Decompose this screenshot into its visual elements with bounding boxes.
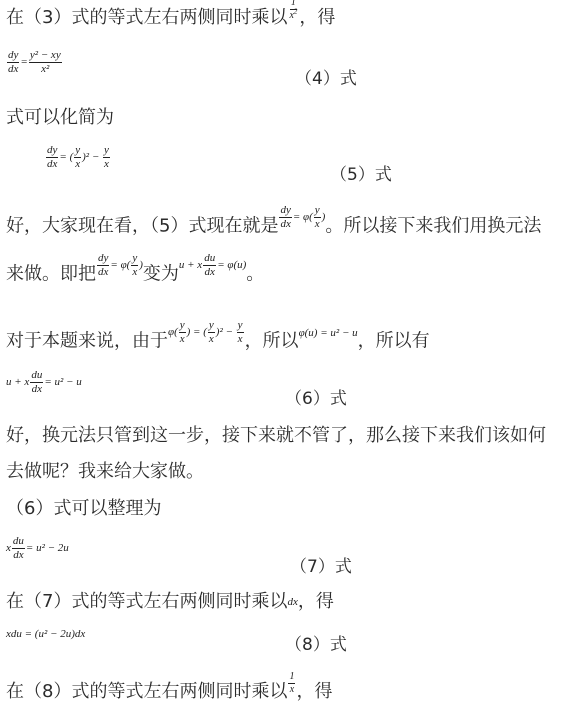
paragraph-observe-eq5: 好，大家现在看，（5）式现在就是dydx= φ(yx)。所以接下来我们用换元法 (6, 214, 541, 239)
fraction-one-over-x-squared: 1x2 (287, 6, 299, 30)
paragraph-multiply-eq8: 在（8）式的等式左右两侧同时乘以1x，得 (6, 680, 332, 704)
formula-phi-y-over-x: φ(yx) = (yx)² − yx (168, 320, 245, 345)
equation-8: xdu = (u² − 2u)dx (6, 628, 85, 640)
equation-7: xdudx= u² − 2u (6, 536, 69, 561)
formula-phi-u: φ(u) = u² − u (299, 321, 358, 345)
equation-8-label: （8）式 (285, 630, 347, 655)
text: 在（3）式的等式左右两侧同时乘以 (6, 7, 287, 28)
paragraph-simplify: 式可以化简为 (6, 106, 114, 130)
equation-7-label: （7）式 (290, 552, 352, 577)
equation-6: u + xdudx= u² − u (6, 370, 82, 395)
text: ，得 (299, 7, 335, 28)
paragraph-multiply-eq3: 在（3）式的等式左右两侧同时乘以1x2，得 (6, 6, 335, 30)
formula-dy-dx-phi: dydx= φ(yx) (278, 205, 325, 230)
paragraph-this-problem: 对于本题来说，由于φ(yx) = (yx)² − yx，所以φ(u) = u² … (6, 329, 430, 354)
paragraph-how-to-proceed: 去做呢？我来给大家做。 (6, 460, 204, 484)
equation-5-label: （5）式 (330, 160, 392, 185)
paragraph-next-step: 好，换元法只管到这一步，接下来就不管了，那么接下来我们该如何 (6, 424, 546, 448)
equation-5: dydx= (yx)² − yx (45, 145, 111, 170)
formula-dx: dx (287, 590, 297, 614)
paragraph-rearrange-eq6: （6）式可以整理为 (6, 497, 161, 521)
paragraph-multiply-eq7: 在（7）式的等式左右两侧同时乘以dx，得 (6, 590, 334, 614)
equation-4: dydx=y² − xyx² (6, 50, 63, 75)
formula-dy-dx-phi: dydx= φ(yx) (96, 253, 143, 278)
formula-u-substitution: u + xdudx= φ(u) (179, 253, 246, 278)
equation-6-label: （6）式 (285, 384, 347, 409)
equation-4-label: （4）式 (295, 64, 357, 89)
paragraph-substitution: 来做。即把dydx= φ(yx)变为u + xdudx= φ(u)。 (6, 262, 264, 287)
